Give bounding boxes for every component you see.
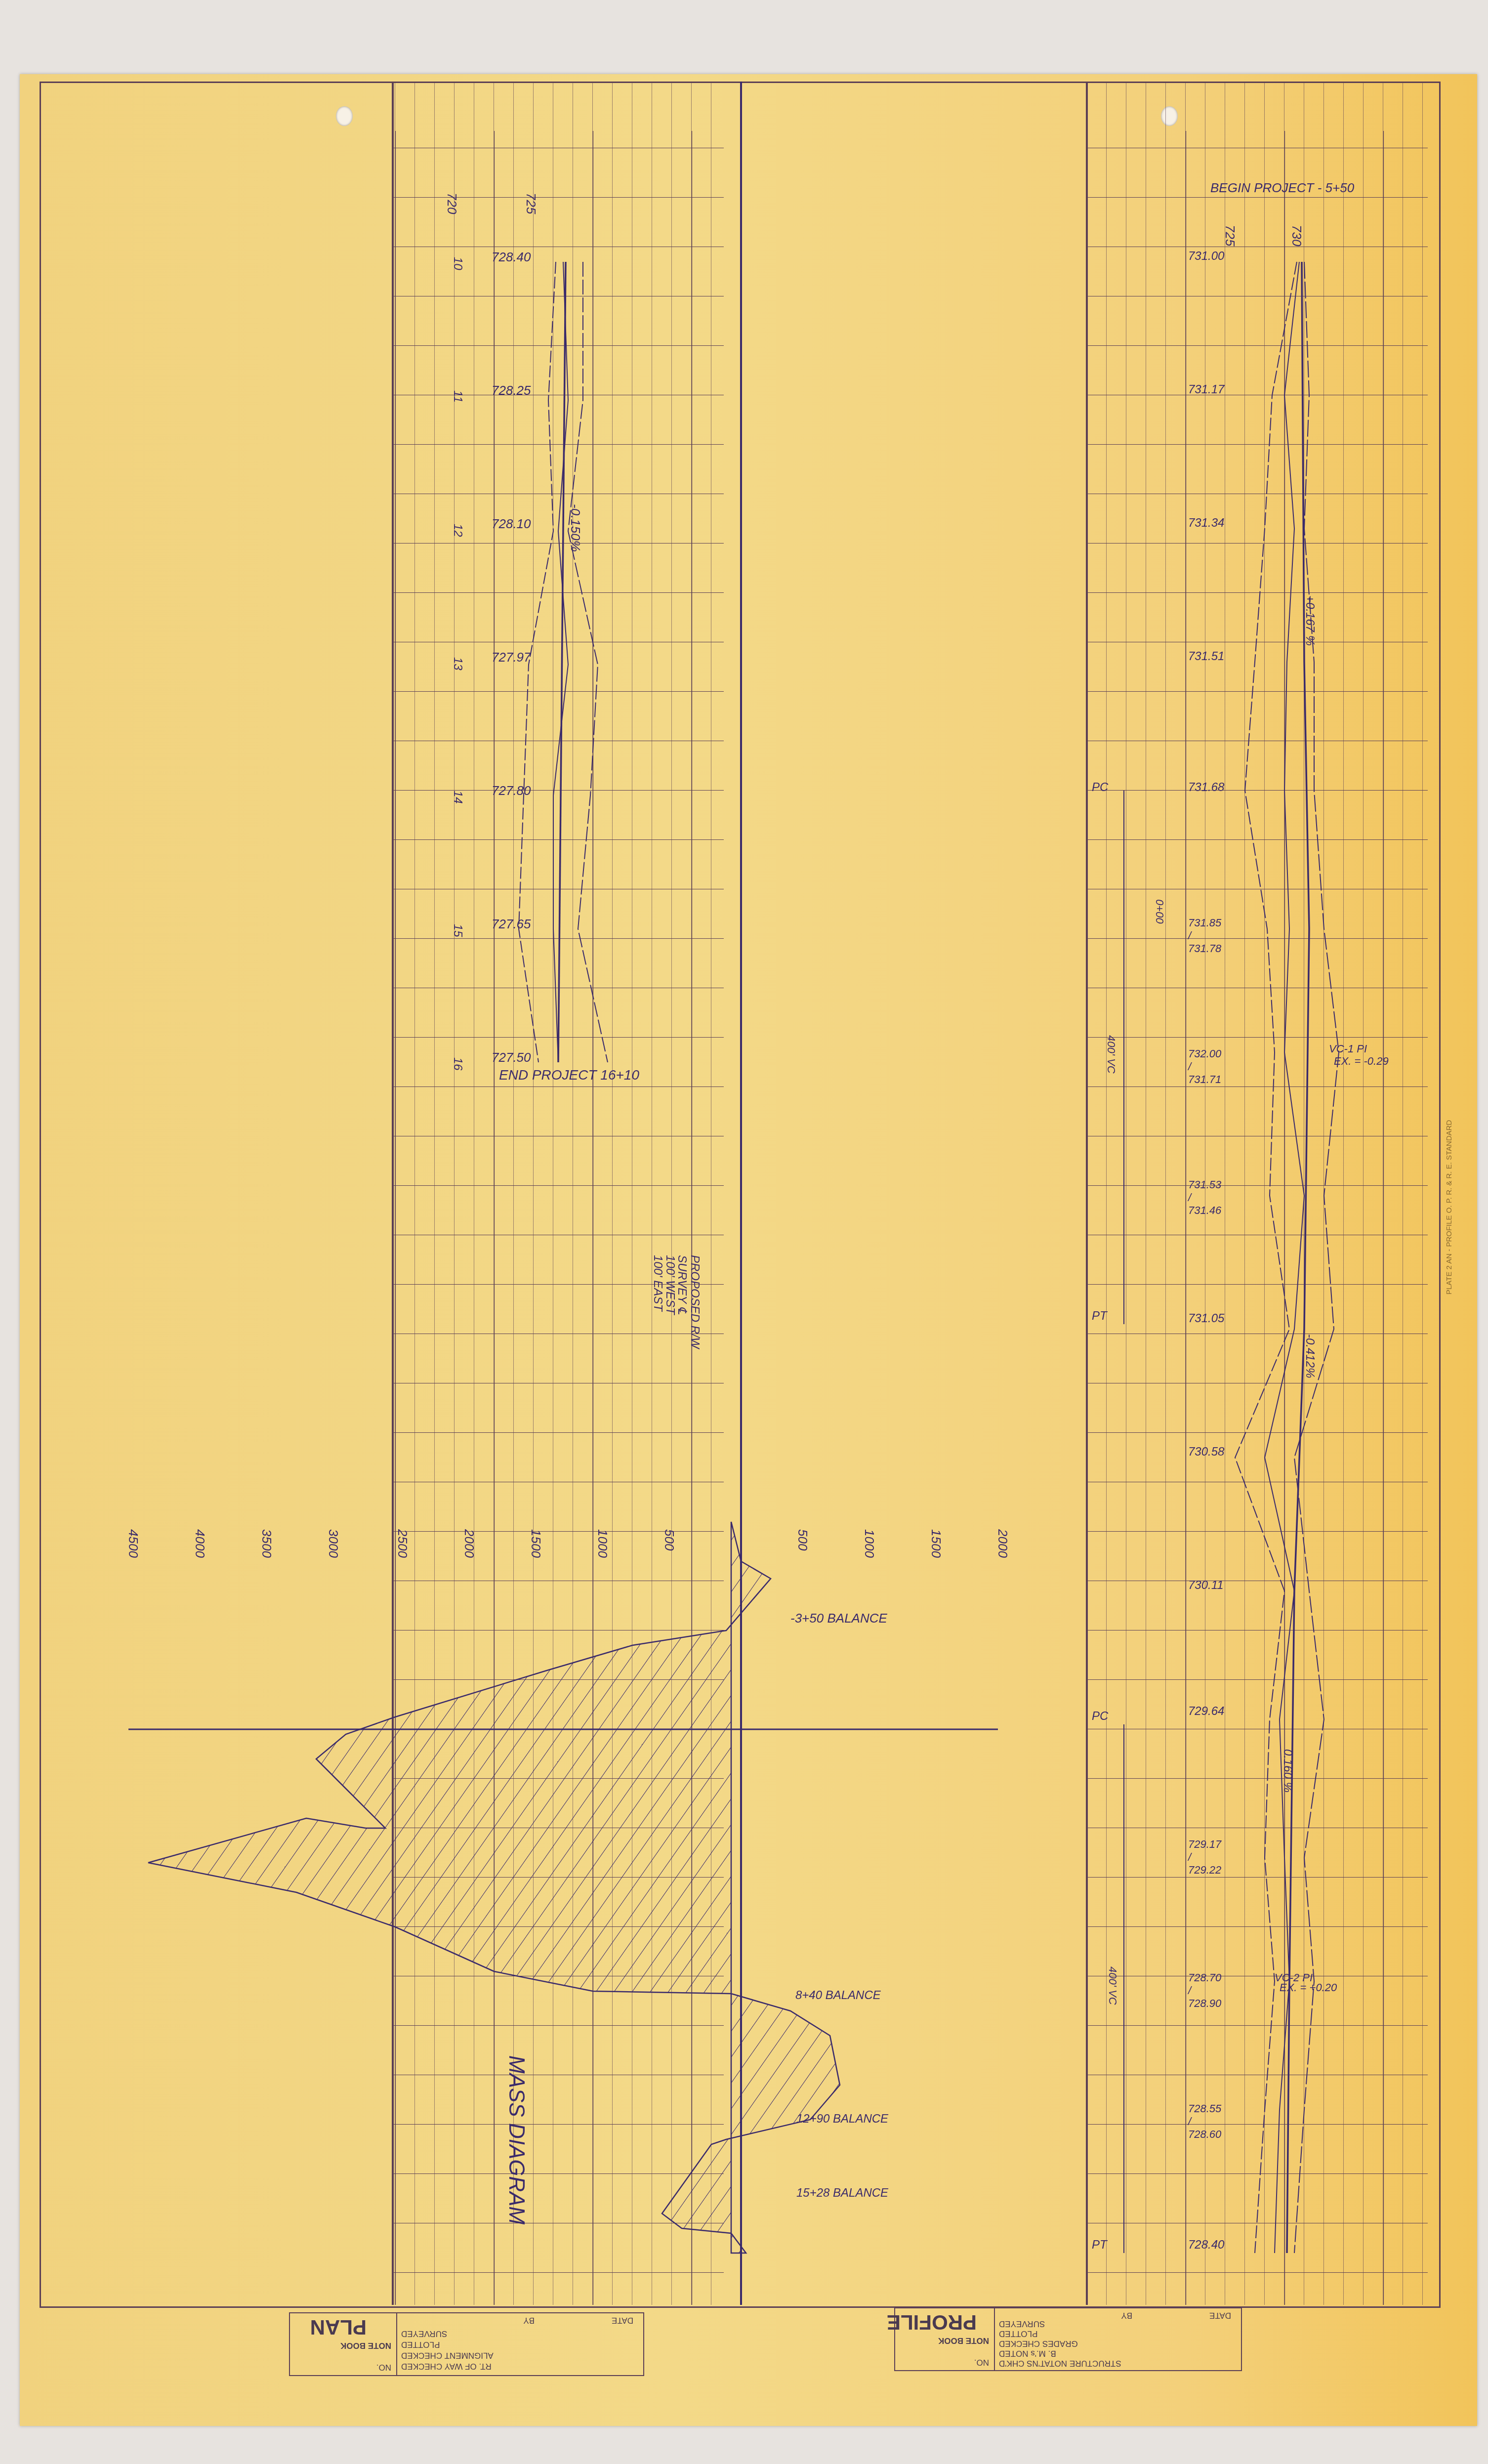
elevation-label: 727.50: [492, 1050, 531, 1065]
plan-by: BY: [523, 2315, 535, 2325]
mass-axis-label: 2500: [395, 1529, 410, 1558]
grade-label: +0.167 %: [1303, 595, 1317, 646]
mass-axis-label: 1500: [928, 1529, 944, 1558]
elevation-label: 728.70 / 728.90: [1188, 1971, 1223, 2010]
pt-label: PT: [1092, 1309, 1107, 1323]
elevation-label: 729.17 / 729.22: [1188, 1838, 1223, 1877]
elevation-label: 729.64: [1188, 1705, 1224, 1718]
balance-label: 8+40 BALANCE: [795, 1989, 881, 2003]
plan-title-block: PLAN NO. NOTE BOOK RT. OF WAY CHECKED AL…: [289, 2312, 644, 2376]
station-label: 0+00: [1153, 899, 1166, 924]
vc-label: VC-1 PI: [1329, 1043, 1367, 1055]
profile-by: BY: [1121, 2310, 1132, 2320]
mass-axis-label: 500: [795, 1529, 810, 1550]
elevation-label: 727.80: [492, 783, 531, 798]
profile-scale-label: 730: [1289, 225, 1304, 246]
elevation-label: 727.65: [492, 917, 531, 932]
pc-label: PC: [1092, 781, 1108, 794]
station-label: 15: [451, 924, 464, 937]
elevation-label: 731.53 / 731.46: [1188, 1178, 1223, 1217]
balance-label: -3+50 BALANCE: [790, 1611, 887, 1626]
profile-row: GRADES CHECKED: [999, 2339, 1078, 2348]
plan-row: PLOTTED: [401, 2339, 440, 2349]
mass-axis-label: 1500: [528, 1529, 543, 1558]
row-note: SURVEY ℄: [675, 1255, 689, 1314]
elevation-label: 728.10: [492, 516, 531, 532]
station-label: 14: [451, 791, 464, 804]
plan-note-book: NOTE BOOK: [340, 2340, 391, 2350]
profile-row: PLOTTED: [999, 2329, 1037, 2339]
profile-row: STRUCTURE NOTAT'NS CHK'D: [999, 2358, 1121, 2368]
elevation-label: 731.51: [1188, 650, 1224, 664]
begin-project-label: BEGIN PROJECT - 5+50: [1210, 180, 1354, 196]
elevation-label: 731.34: [1188, 516, 1224, 530]
elevation-label: 730.11: [1188, 1579, 1224, 1592]
plan-scale-label: 720: [444, 193, 459, 214]
profile-note-book: NOTE BOOK: [938, 2336, 989, 2345]
station-label: 10: [451, 257, 464, 270]
grid-drawing: [0, 0, 1488, 2464]
plan-scale-label: 725: [523, 193, 538, 214]
plan-row: SURVEYED: [401, 2329, 447, 2339]
mass-axis-label: 2000: [461, 1529, 477, 1558]
elevation-label: 731.00: [1188, 250, 1224, 263]
plan-date: DATE: [612, 2315, 633, 2325]
plan-row: RT. OF WAY CHECKED: [401, 2361, 492, 2371]
row-note: 100' WEST: [663, 1255, 677, 1315]
profile-row: SURVEYED: [999, 2319, 1045, 2329]
vc-ex-label: EX. = +0.20: [1280, 1981, 1337, 1994]
mass-axis-label: 500: [661, 1529, 677, 1550]
elevation-label: 728.40: [492, 250, 531, 265]
mass-axis-label: 3000: [326, 1529, 341, 1558]
profile-scale-label: 725: [1222, 225, 1238, 246]
grade-label: -0.412%: [1303, 1334, 1317, 1378]
mass-axis-label: 4500: [125, 1529, 141, 1558]
balance-label: 15+28 BALANCE: [796, 2186, 888, 2200]
elevation-label: 727.97: [492, 650, 531, 665]
elevation-label: 728.40: [1188, 2238, 1224, 2252]
mass-axis-label: 4000: [192, 1529, 207, 1558]
plate-note: PLATE 2 AN - PROFILE O. P. R. & R. E. ST…: [1445, 1120, 1453, 1295]
profile-no: NO.: [974, 2357, 989, 2367]
plan-row: ALIGNMENT CHECKED: [401, 2350, 494, 2360]
profile-title: PROFILE: [887, 2310, 977, 2334]
profile-date: DATE: [1209, 2310, 1231, 2320]
row-note: 100' EAST: [651, 1255, 664, 1311]
plan-title: PLAN: [310, 2315, 367, 2339]
elevation-label: 731.85 / 731.78: [1188, 917, 1223, 955]
plan-no: NO.: [376, 2362, 391, 2372]
end-project-label: END PROJECT 16+10: [499, 1067, 639, 1083]
mass-axis-label: 2000: [995, 1529, 1010, 1558]
grade-label: 0.160 %: [1281, 1749, 1294, 1793]
vc-length-label: 400' VC: [1106, 1966, 1119, 2005]
grade-label: -0.150%: [568, 504, 583, 552]
elevation-label: 731.17: [1188, 383, 1224, 397]
profile-row: B. M.'s NOTED: [999, 2348, 1056, 2358]
elevation-label: 731.68: [1188, 781, 1224, 794]
mass-axis-label: 3500: [259, 1529, 274, 1558]
balance-label: 12+90 BALANCE: [796, 2112, 888, 2126]
vc-ex-label: EX. = -0.29: [1334, 1055, 1389, 1068]
profile-title-block: PROFILE NO. NOTE BOOK STRUCTURE NOTAT'NS…: [894, 2307, 1242, 2371]
elevation-label: 732.00 / 731.71: [1188, 1047, 1223, 1086]
row-note: PROPOSED R/W: [688, 1255, 702, 1348]
mass-axis-label: 1000: [862, 1529, 877, 1558]
pt-label: PT: [1092, 2238, 1107, 2252]
mass-axis-label: 1000: [595, 1529, 610, 1558]
elevation-label: 728.55 / 728.60: [1188, 2102, 1223, 2141]
station-label: 11: [451, 390, 464, 403]
elevation-label: 731.05: [1188, 1312, 1224, 1326]
vc-length-label: 400' VC: [1105, 1035, 1117, 1074]
elevation-label: 730.58: [1188, 1445, 1224, 1459]
station-label: 16: [451, 1057, 464, 1071]
mass-diagram-title: MASS DIAGRAM: [504, 2055, 529, 2224]
station-label: 12: [451, 524, 464, 537]
pc-label: PC: [1092, 1710, 1108, 1723]
station-label: 13: [451, 657, 464, 670]
elevation-label: 728.25: [492, 383, 531, 398]
